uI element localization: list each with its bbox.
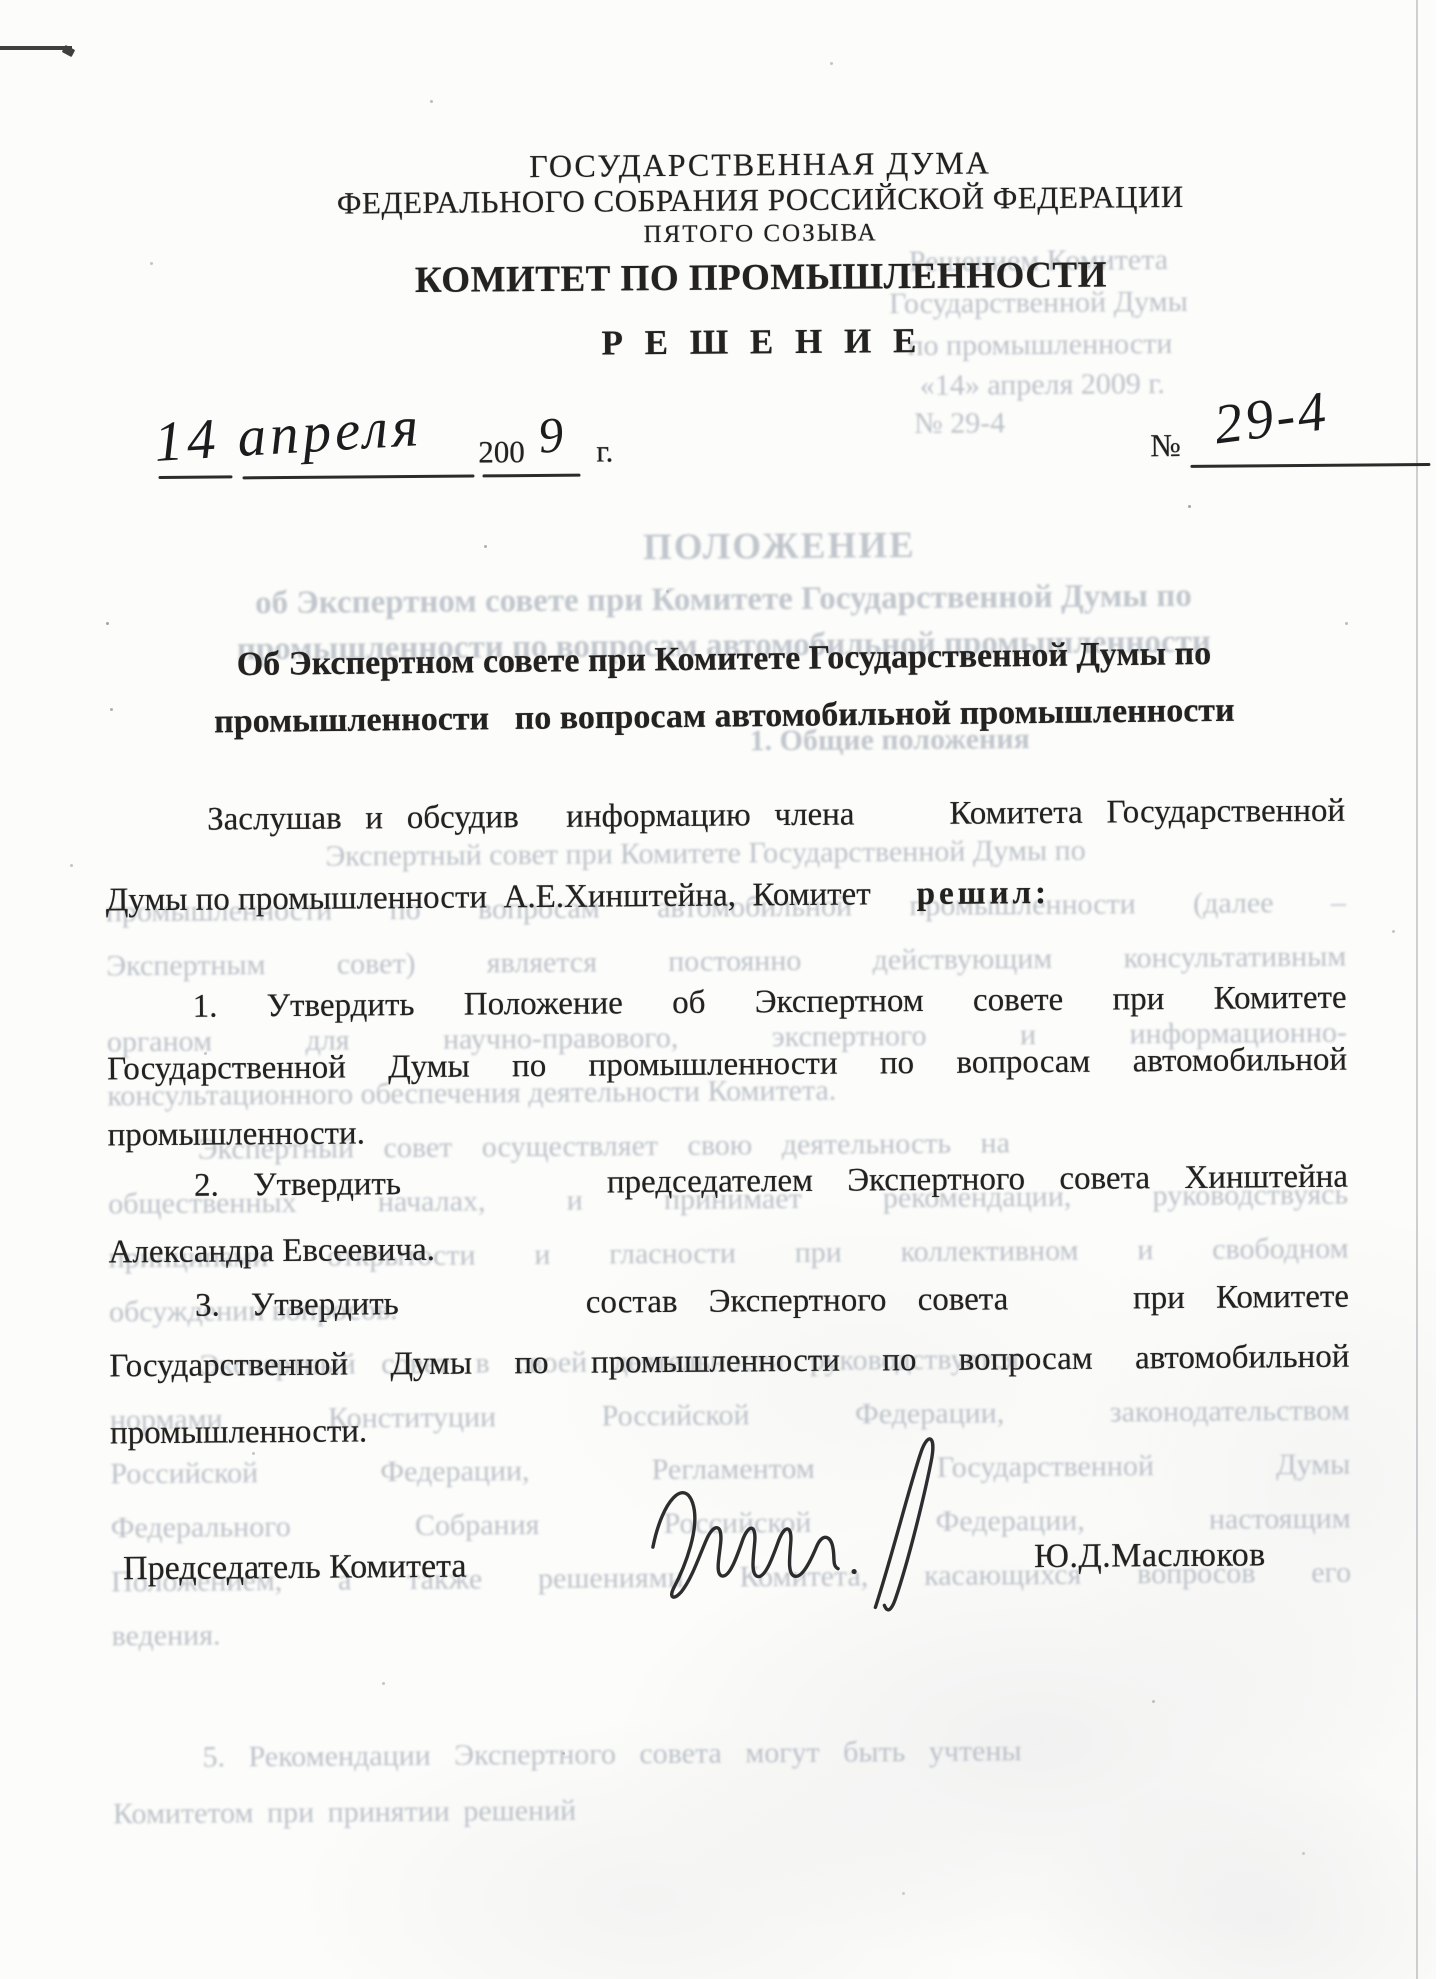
decision-title-line2: промышленности по вопросам автомобильной… <box>104 691 1344 742</box>
body-line: Государственной Думы по промышленности п… <box>109 1339 1349 1386</box>
bleed-heading: ПОЛОЖЕНИЕ <box>643 529 916 565</box>
bleed-line: Экспертный совет при Комитете Государств… <box>325 834 1085 874</box>
bleed-line: Комитетом при принятии решений <box>113 1794 576 1832</box>
bleed-line: «14» апреля 2009 г. <box>920 367 1165 403</box>
bleed-heading: об Экспертном совете при Комитете Госуда… <box>103 578 1343 622</box>
bleedthrough-layer: Решением Комитета Государственной Думы п… <box>0 0 1439 6</box>
printed-year-prefix: 200 <box>478 434 525 470</box>
bleed-line: Экспертным совет) является постоянно дей… <box>106 940 1346 984</box>
body-line: Заслушав и обсудив информацию члена Коми… <box>105 793 1345 840</box>
year-suffix: г. <box>596 433 613 469</box>
scan-speckles <box>0 0 3 3</box>
bleed-line: ведения. <box>111 1619 220 1654</box>
bleed-line: 5. Рекомендации Экспертного совета могут… <box>202 1734 1021 1774</box>
signer-position-label: Председатель Комитета <box>123 1548 467 1589</box>
document-type-heading: Р Е Ш Е Н И Е <box>81 317 1440 368</box>
decided-word: решил: <box>917 875 1051 912</box>
number-underline <box>1190 463 1430 468</box>
number-sign: № <box>1150 427 1181 464</box>
body-line: промышленности. <box>108 1108 1348 1155</box>
handwritten-year-digit: 9 <box>535 405 565 465</box>
signature-scribble <box>622 1426 1054 1629</box>
bleed-line: № 29-4 <box>914 406 1005 441</box>
date-underline <box>158 475 232 479</box>
handwritten-date: 14 апреля <box>152 394 423 475</box>
signer-name: Ю.Д.Маслюков <box>1034 1536 1266 1576</box>
date-underline <box>482 474 580 478</box>
body-line-text: Думы по промышленности А.Е.Хинштейна, Ко… <box>106 876 871 918</box>
date-underline <box>242 475 474 480</box>
scanned-document-page: Решением Комитета Государственной Думы п… <box>0 0 1440 1979</box>
document-content: Решением Комитета Государственной Думы п… <box>0 0 1440 1979</box>
handwritten-document-number: 29-4 <box>1210 379 1332 457</box>
body-line: 3. Утвердить состав Экспертного совета п… <box>109 1279 1349 1326</box>
committee-name: КОМИТЕТ ПО ПРОМЫШЛЕННОСТИ <box>81 251 1440 305</box>
